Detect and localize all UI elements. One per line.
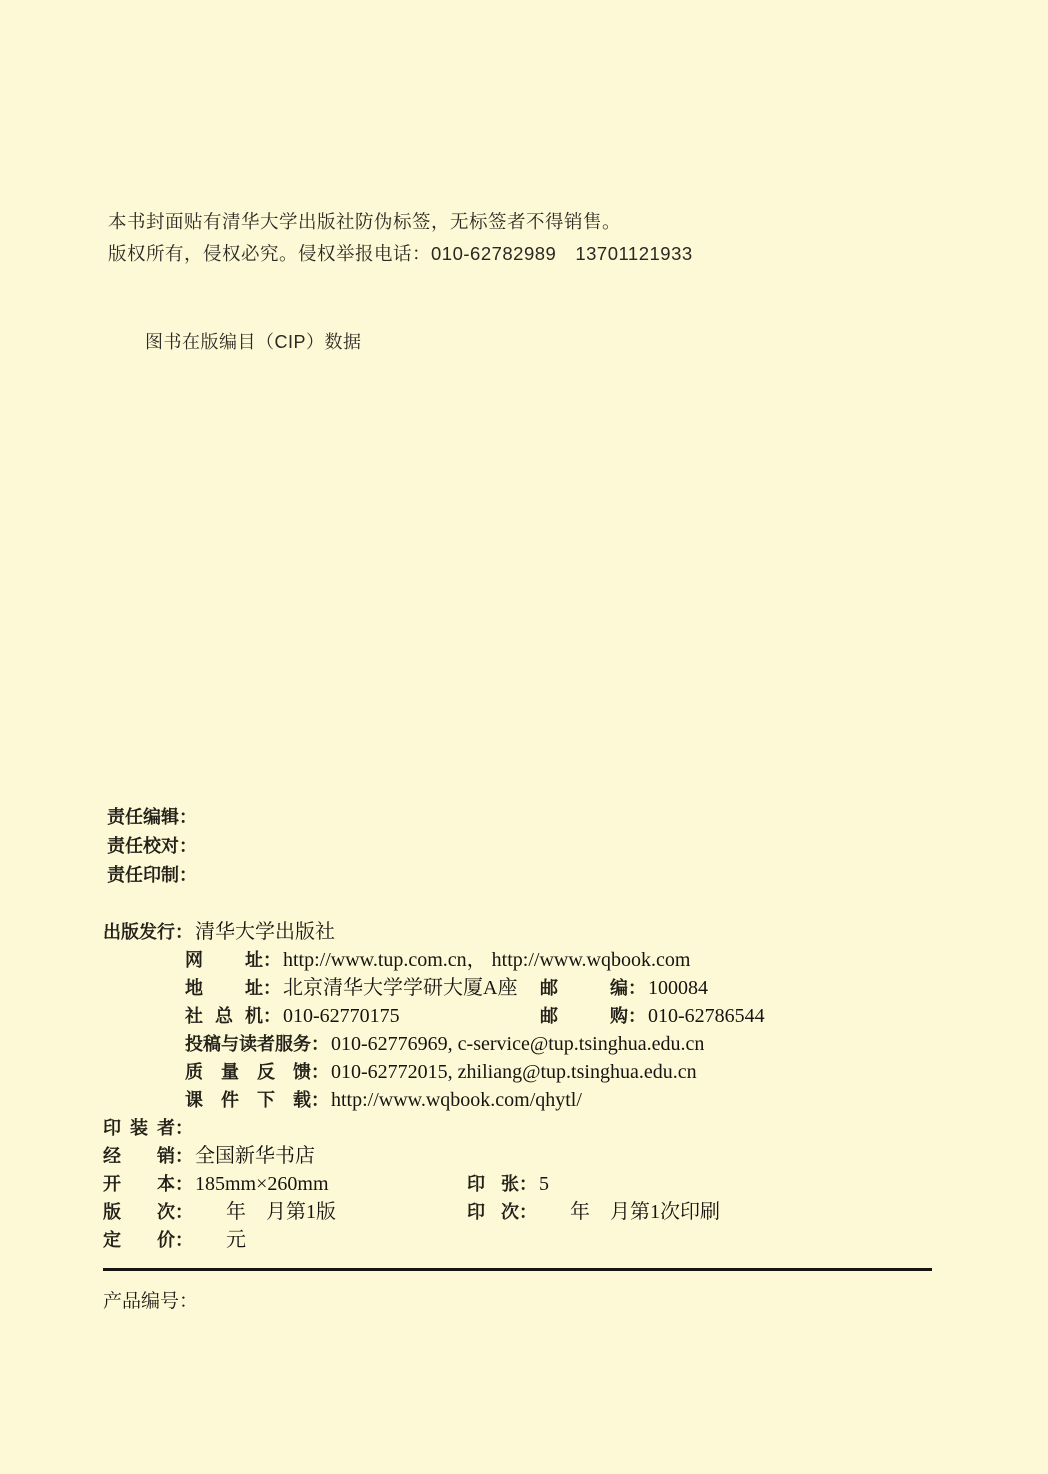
field-label: 质量反馈 [185,1058,311,1086]
label-colon: ： [628,978,646,998]
field-value: 年 月第1版 [186,1201,336,1223]
cip-heading: 图书在版编目（CIP）数据 [145,328,362,356]
field-value: 010-62772015, zhiliang@tup.tsinghua.edu.… [331,1061,697,1083]
field-value: 100084 [648,977,708,999]
label-colon: ： [519,1174,537,1194]
field-product-number: 产品编号： [103,1288,198,1316]
label-colon: ： [311,1062,329,1082]
field-value: 010-62776969, c-service@tup.tsinghua.edu… [331,1033,704,1055]
field-sheets: 印张：5 [467,1170,549,1198]
field-website: 网址：http://www.tup.com.cn， http://www.wqb… [185,946,690,974]
field-mail-order: 邮购：010-62786544 [540,1002,765,1030]
field-label: 印装者 [103,1114,175,1142]
label-colon: ： [519,1202,528,1222]
label-colon: ： [263,950,281,970]
field-label: 课件下载 [185,1086,311,1114]
anti-piracy-notice: 本书封面贴有清华大学出版社防伪标签，无标签者不得销售。 版权所有，侵权必究。侵权… [108,206,693,270]
label-colon: ： [263,1006,281,1026]
label-colon: ： [263,978,281,998]
field-value: 北京清华大学学研大厦A座 [283,977,517,999]
label-colon: ： [175,1230,184,1250]
field-value: 清华大学出版社 [195,921,335,943]
notice-line-1: 本书封面贴有清华大学出版社防伪标签，无标签者不得销售。 [108,206,693,238]
field-distributor: 经销：全国新华书店 [103,1142,315,1170]
label-colon: ： [175,1202,184,1222]
field-value: 010-62770175 [283,1005,400,1027]
label-colon: ： [179,1291,198,1312]
field-value: 元 [186,1229,246,1251]
field-label: 社总机 [185,1002,263,1030]
field-format: 开本：185mm×260mm [103,1170,329,1198]
label-colon: ： [175,1174,193,1194]
field-value: 5 [539,1173,549,1195]
field-quality-feedback: 质量反馈：010-62772015, zhiliang@tup.tsinghua… [185,1058,697,1086]
field-address: 地址：北京清华大学学研大厦A座 [185,974,517,1002]
field-label: 邮编 [540,974,628,1002]
field-courseware-download: 课件下载：http://www.wqbook.com/qhytl/ [185,1086,582,1114]
field-label: 经销 [103,1142,175,1170]
field-value: http://www.wqbook.com/qhytl/ [331,1089,582,1111]
field-value: http://www.tup.com.cn， http://www.wqbook… [283,949,690,971]
field-value: 年 月第1次印刷 [530,1201,720,1223]
field-proofreader: 责任校对： [107,832,197,860]
field-label: 开本 [103,1170,175,1198]
label-colon: ： [311,1034,329,1054]
field-value: 全国新华书店 [195,1145,315,1167]
field-impression: 印次： 年 月第1次印刷 [467,1198,720,1226]
field-binder: 印装者： [103,1114,195,1142]
label-colon: ： [175,1118,193,1138]
field-label: 印张 [467,1170,519,1198]
notice-line-2: 版权所有，侵权必究。侵权举报电话：010-62782989 1370112193… [108,238,693,270]
field-postcode: 邮编：100084 [540,974,708,1002]
field-edition: 版次： 年 月第1版 [103,1198,336,1226]
copyright-page: 本书封面贴有清华大学出版社防伪标签，无标签者不得销售。 版权所有，侵权必究。侵权… [0,0,1048,1474]
field-label: 地址 [185,974,263,1002]
field-label: 版次 [103,1198,175,1226]
field-label: 印次 [467,1198,519,1226]
label-colon: ： [628,1006,646,1026]
label-colon: ： [175,1146,193,1166]
field-label: 投稿与读者服务 [185,1030,311,1058]
field-value: 010-62786544 [648,1005,765,1027]
field-value: 185mm×260mm [195,1173,329,1195]
label-colon: ： [311,1090,329,1110]
field-switchboard: 社总机：010-62770175 [185,1002,400,1030]
field-publisher: 出版发行：清华大学出版社 [103,918,335,946]
field-editor: 责任编辑： [107,803,197,831]
field-label: 邮购 [540,1002,628,1030]
field-label: 定价 [103,1226,175,1254]
field-label: 产品编号 [103,1291,179,1312]
label-colon: ： [175,922,193,942]
divider-line [103,1268,932,1271]
field-label: 出版发行 [103,918,175,946]
field-label: 网址 [185,946,263,974]
field-price: 定价： 元 [103,1226,246,1254]
field-reader-service: 投稿与读者服务：010-62776969, c-service@tup.tsin… [185,1030,704,1058]
field-print-supervisor: 责任印制： [107,861,197,889]
